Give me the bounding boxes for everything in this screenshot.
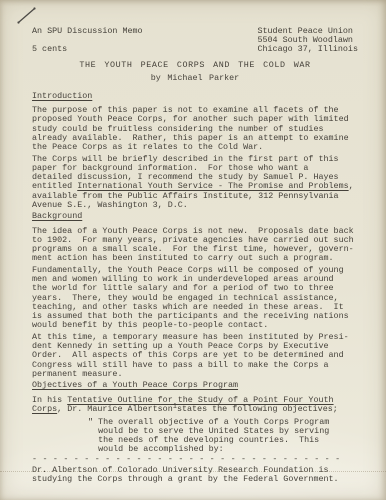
blockquote-objectives: " The overall objective of a Youth Corps… bbox=[88, 418, 358, 455]
footnote-separator: - - - - - - - - - - - - - - - - - - - - … bbox=[32, 455, 358, 464]
section-heading-objectives: Objectives of a Youth Peace Corps Progra… bbox=[32, 381, 358, 390]
paragraph-background-2: Fundamentally, the Youth Peace Corps wil… bbox=[32, 266, 358, 330]
memo-label: An SPU Discussion Memo bbox=[32, 27, 143, 36]
section-heading-background: Background bbox=[32, 212, 358, 221]
paragraph-intro-1: The purpose of this paper is not to exam… bbox=[32, 106, 358, 152]
memo-content: An SPU Discussion Memo 5 cents Student P… bbox=[32, 27, 358, 484]
memo-header-right: Student Peace Union 5504 South Woodlawn … bbox=[257, 27, 358, 55]
paragraph-background-1: The idea of a Youth Peace Corps is not n… bbox=[32, 227, 358, 264]
price-label: 5 cents bbox=[32, 45, 143, 54]
paragraph-background-3: At this time, a temporary measure has be… bbox=[32, 333, 358, 379]
document-title: THE YOUTH PEACE CORPS AND THE COLD WAR bbox=[32, 61, 358, 70]
footnote-text: Dr. Albertson of Colorado University Res… bbox=[32, 466, 358, 484]
org-address-line2: Chicago 37, Illinois bbox=[257, 45, 358, 54]
byline: by Michael Parker bbox=[32, 74, 358, 83]
memo-page: An SPU Discussion Memo 5 cents Student P… bbox=[0, 0, 386, 500]
pen-mark-icon bbox=[12, 2, 46, 28]
paragraph-objectives-lead: In his Tentative Outline for the Study o… bbox=[32, 396, 358, 415]
section-heading-introduction: Introduction bbox=[32, 92, 358, 101]
memo-header: An SPU Discussion Memo 5 cents Student P… bbox=[32, 27, 358, 55]
memo-header-left: An SPU Discussion Memo 5 cents bbox=[32, 27, 143, 55]
paragraph-intro-2: The Corps will be briefly described in t… bbox=[32, 155, 358, 210]
paper-crease-line bbox=[0, 471, 386, 472]
